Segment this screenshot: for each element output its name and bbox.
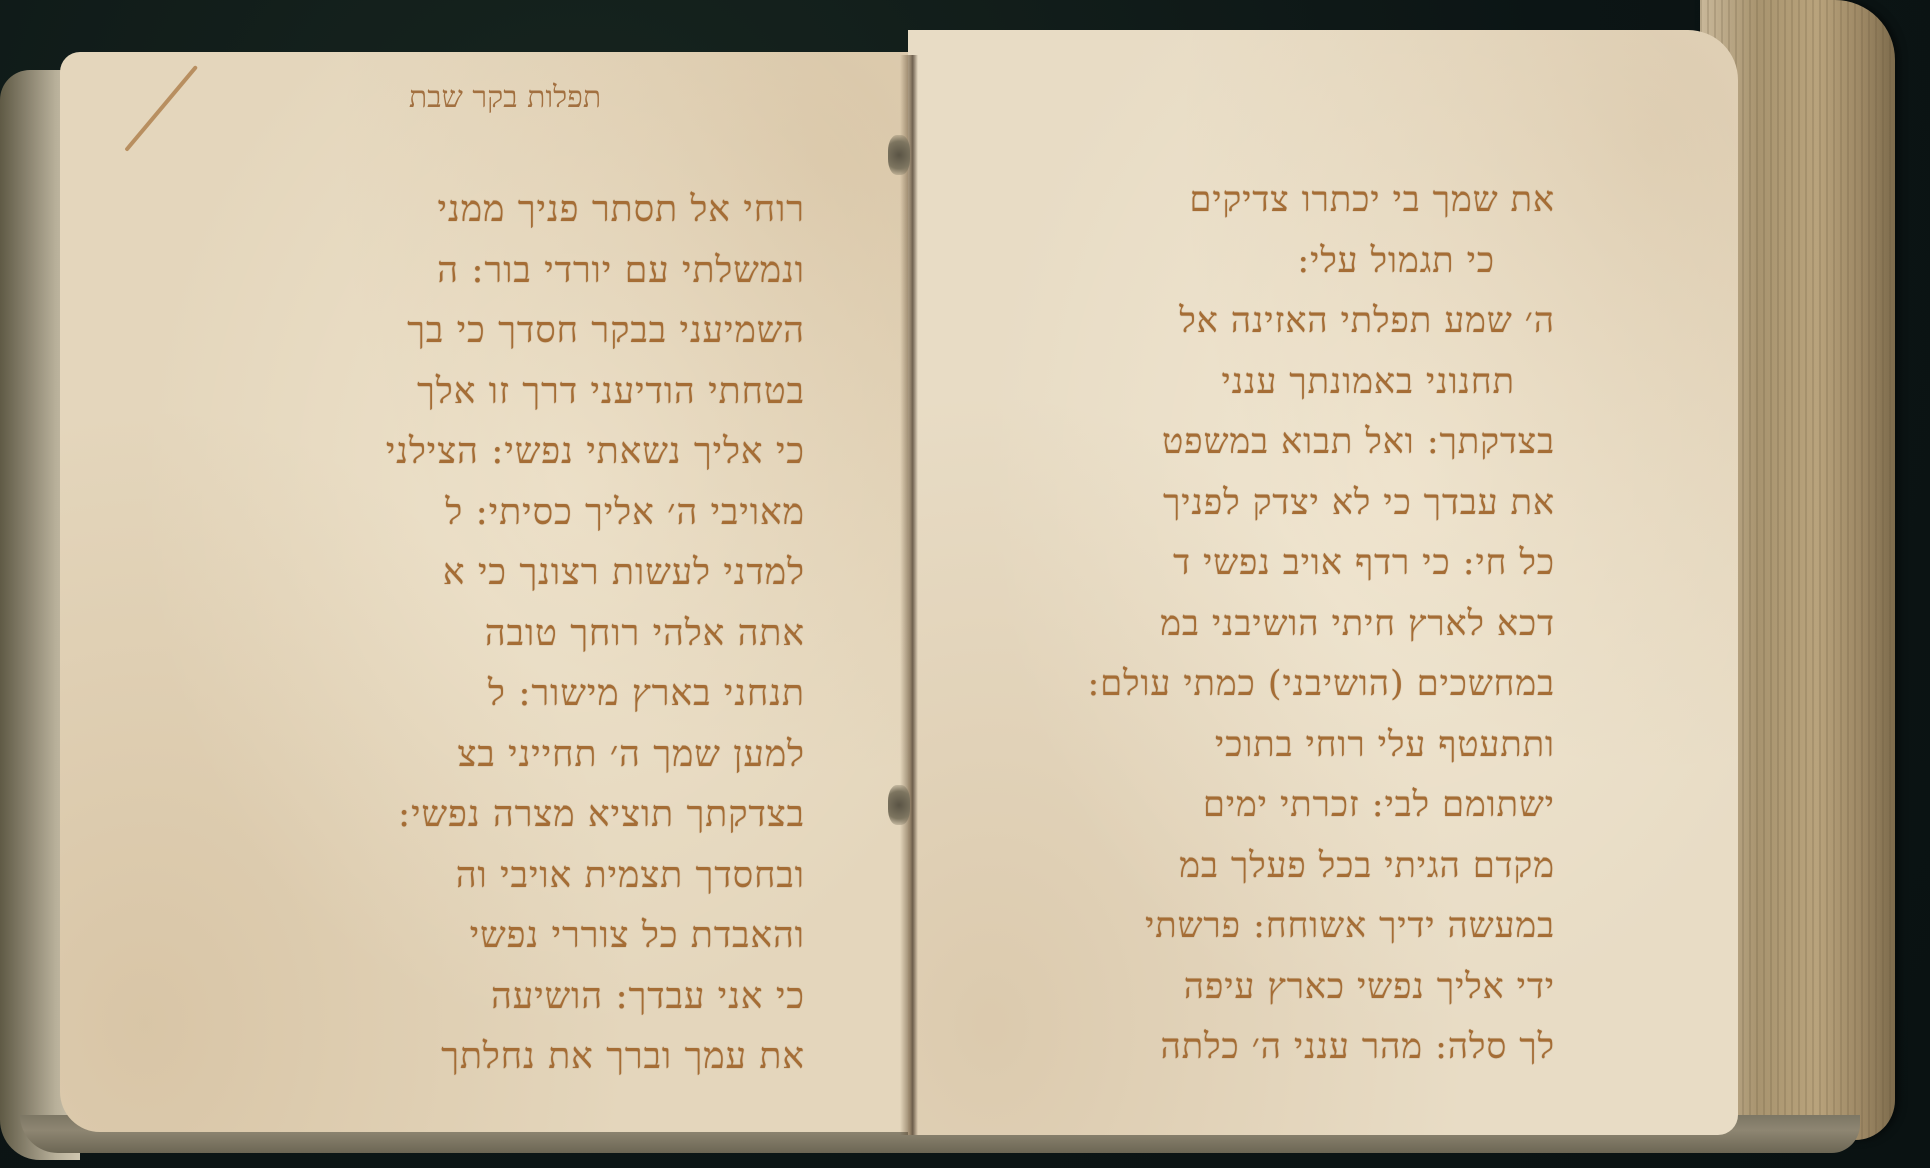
text-line: את עבדך כי לא יצדק לפניך xyxy=(990,473,1555,534)
text-line: ה׳ שמע תפלתי האזינה אל xyxy=(990,291,1555,352)
text-line: בטחתי הודיעני דרך זו אלך xyxy=(215,362,805,423)
text-line: במעשה ידיך אשוחח: פרשתי xyxy=(990,896,1555,957)
text-line: תנחני בארץ מישור: ל xyxy=(215,664,805,725)
text-line: כל חי: כי רדף אויב נפשי ד xyxy=(990,533,1555,594)
text-line: ישתומם לבי: זכרתי ימים xyxy=(990,775,1555,836)
text-line: ונמשלתי עם יורדי בור: ה xyxy=(215,241,805,302)
text-line: בצדקתך: ואל תבוא במשפט xyxy=(990,412,1555,473)
text-line: מאויבי ה׳ אליך כסיתי: ל xyxy=(215,483,805,544)
text-line: בצדקתך תוציא מצרה נפשי: xyxy=(215,785,805,846)
text-line: את שמך בי יכתרו צדיקים xyxy=(990,170,1555,231)
text-line: ידי אליך נפשי כארץ עיפה xyxy=(990,957,1555,1018)
binding-thread-bottom xyxy=(888,785,910,825)
text-line: והאבדת כל צוררי נפשי xyxy=(215,906,805,967)
text-line: אתה אלהי רוחך טובה xyxy=(215,604,805,665)
right-page-text: את שמך בי יכתרו צדיקים כי תגמול עלי: ה׳ … xyxy=(990,170,1555,1078)
text-line: דכא לארץ חיתי הושיבני במ xyxy=(990,594,1555,655)
book-gutter xyxy=(900,55,918,1135)
text-line: ובחסדך תצמית אויבי וה xyxy=(215,846,805,907)
binding-thread-top xyxy=(888,135,910,175)
text-line: כי תגמול עלי: xyxy=(990,231,1555,292)
open-book: תפלות בקר שבת רוחי אל תסתר פניך ממני ונמ… xyxy=(0,0,1930,1168)
text-line: כי אליך נשאתי נפשי: הצילני xyxy=(215,422,805,483)
text-line: את עמך וברך את נחלתך xyxy=(215,1027,805,1088)
text-line: לך סלה: מהר ענני ה׳ כלתה xyxy=(990,1017,1555,1078)
text-line: רוחי אל תסתר פניך ממני xyxy=(215,180,805,241)
left-page-heading: תפלות בקר שבת xyxy=(340,80,670,115)
text-line: תחנוני באמונתך ענני xyxy=(990,352,1555,413)
text-line: למדני לעשות רצונך כי א xyxy=(215,543,805,604)
left-page-text: רוחי אל תסתר פניך ממני ונמשלתי עם יורדי … xyxy=(215,180,805,1088)
text-line: כי אני עבדך: הושיעה xyxy=(215,967,805,1028)
text-line: במחשכים (הושיבני) כמתי עולם: xyxy=(990,654,1555,715)
text-line: ותתעטף עלי רוחי בתוכי xyxy=(990,715,1555,776)
text-line: מקדם הגיתי בכל פעלך במ xyxy=(990,836,1555,897)
text-line: השמיעני בבקר חסדך כי בך xyxy=(215,301,805,362)
text-line: למען שמך ה׳ תחייני בצ xyxy=(215,725,805,786)
